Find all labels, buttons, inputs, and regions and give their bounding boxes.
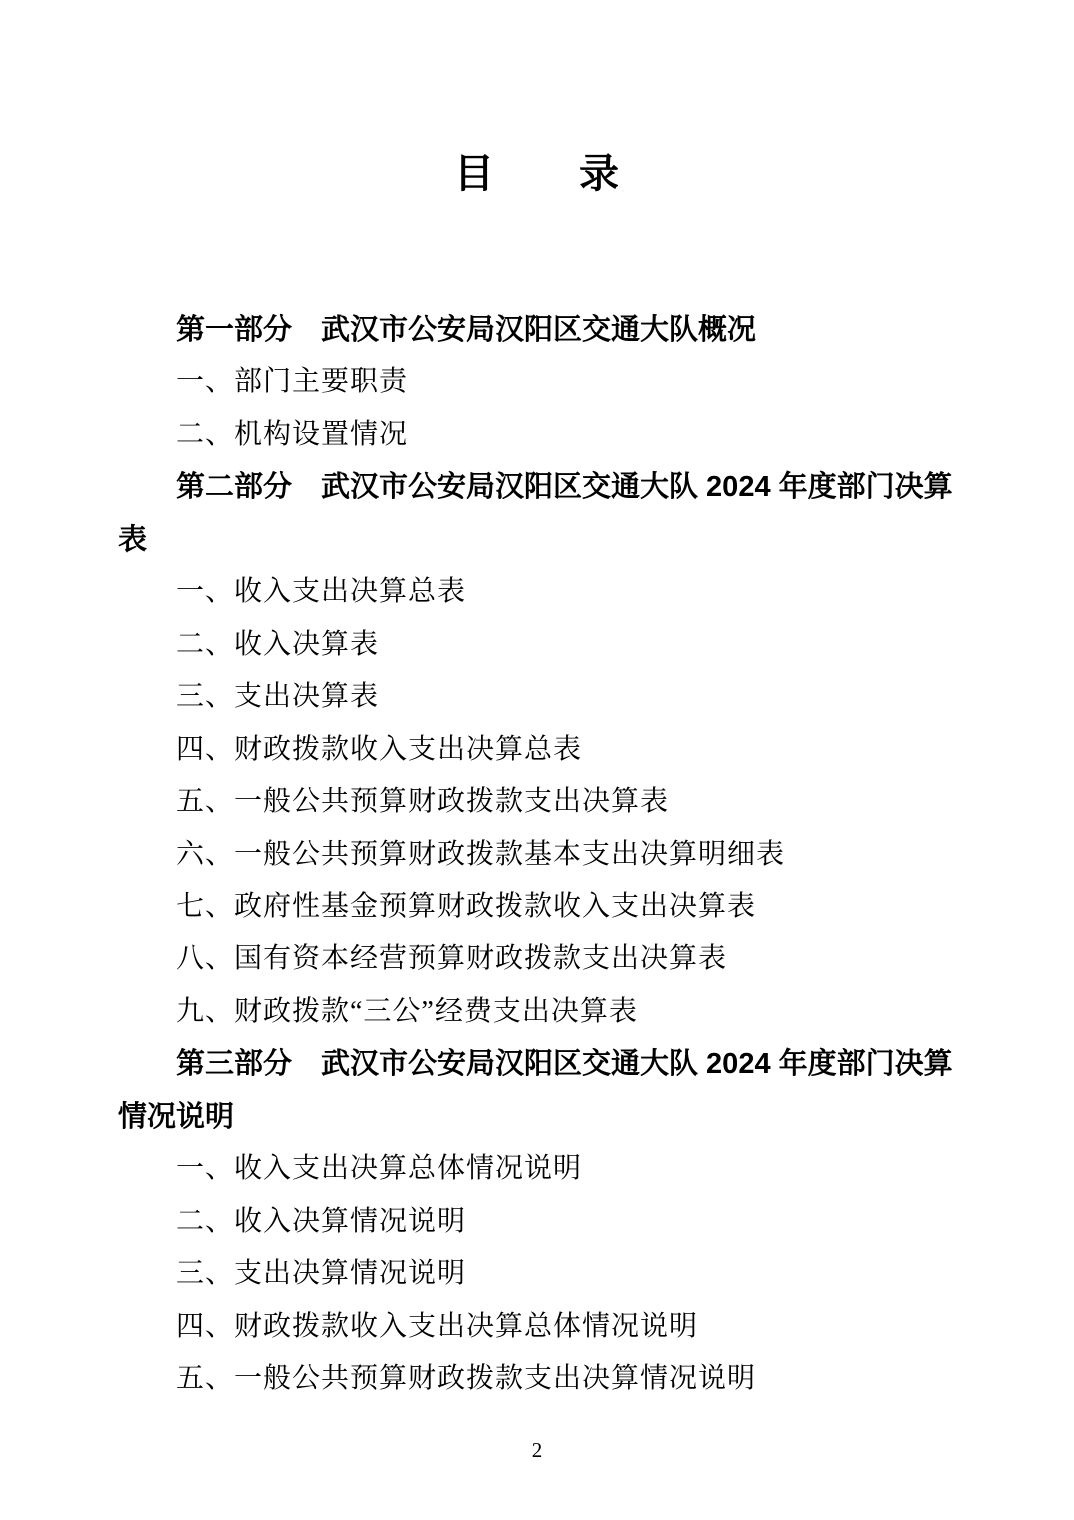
toc-line-item: 七、政府性基金预算财政拨款收入支出决算表 <box>118 881 1034 933</box>
page-number: 2 <box>532 1438 543 1462</box>
title-char-second: 录 <box>579 152 620 196</box>
toc-line-item: 四、财政拨款收入支出决算总体情况说明 <box>118 1301 1034 1353</box>
toc-line-heading: 表 <box>118 514 1034 566</box>
toc-line-item: 八、国有资本经营预算财政拨款支出决算表 <box>118 933 1034 985</box>
toc-line-heading: 第一部分 武汉市公安局汉阳区交通大队概况 <box>118 304 1034 356</box>
toc-line-item: 一、收入支出决算总表 <box>118 566 1034 618</box>
toc-line-heading: 第二部分 武汉市公安局汉阳区交通大队 2024 年度部门决算 <box>118 461 1034 513</box>
toc-line-item: 二、收入决算表 <box>118 619 1034 671</box>
toc-line-heading: 第三部分 武汉市公安局汉阳区交通大队 2024 年度部门决算 <box>118 1038 1034 1090</box>
toc-line-item: 五、一般公共预算财政拨款支出决算表 <box>118 776 1034 828</box>
toc-line-heading: 情况说明 <box>118 1091 1034 1143</box>
page-title: 目录 <box>0 0 1074 198</box>
toc-line-item: 一、收入支出决算总体情况说明 <box>118 1143 1034 1195</box>
page-footer: 2 <box>0 1438 1074 1463</box>
toc-line-item: 四、财政拨款收入支出决算总表 <box>118 724 1034 776</box>
toc-line-item: 二、收入决算情况说明 <box>118 1196 1034 1248</box>
toc-line-item: 一、部门主要职责 <box>118 356 1034 408</box>
toc-line-item: 九、财政拨款“三公”经费支出决算表 <box>118 986 1034 1038</box>
toc-line-item: 五、一般公共预算财政拨款支出决算情况说明 <box>118 1353 1034 1405</box>
toc-line-item: 六、一般公共预算财政拨款基本支出决算明细表 <box>118 829 1034 881</box>
title-char-first: 目 <box>454 152 495 196</box>
toc-line-item: 二、机构设置情况 <box>118 409 1034 461</box>
toc-line-item: 三、支出决算表 <box>118 671 1034 723</box>
document-page: 目录 第一部分 武汉市公安局汉阳区交通大队概况一、部门主要职责二、机构设置情况第… <box>0 0 1074 1520</box>
toc-line-item: 三、支出决算情况说明 <box>118 1248 1034 1300</box>
toc: 第一部分 武汉市公安局汉阳区交通大队概况一、部门主要职责二、机构设置情况第二部分… <box>0 304 1074 1406</box>
